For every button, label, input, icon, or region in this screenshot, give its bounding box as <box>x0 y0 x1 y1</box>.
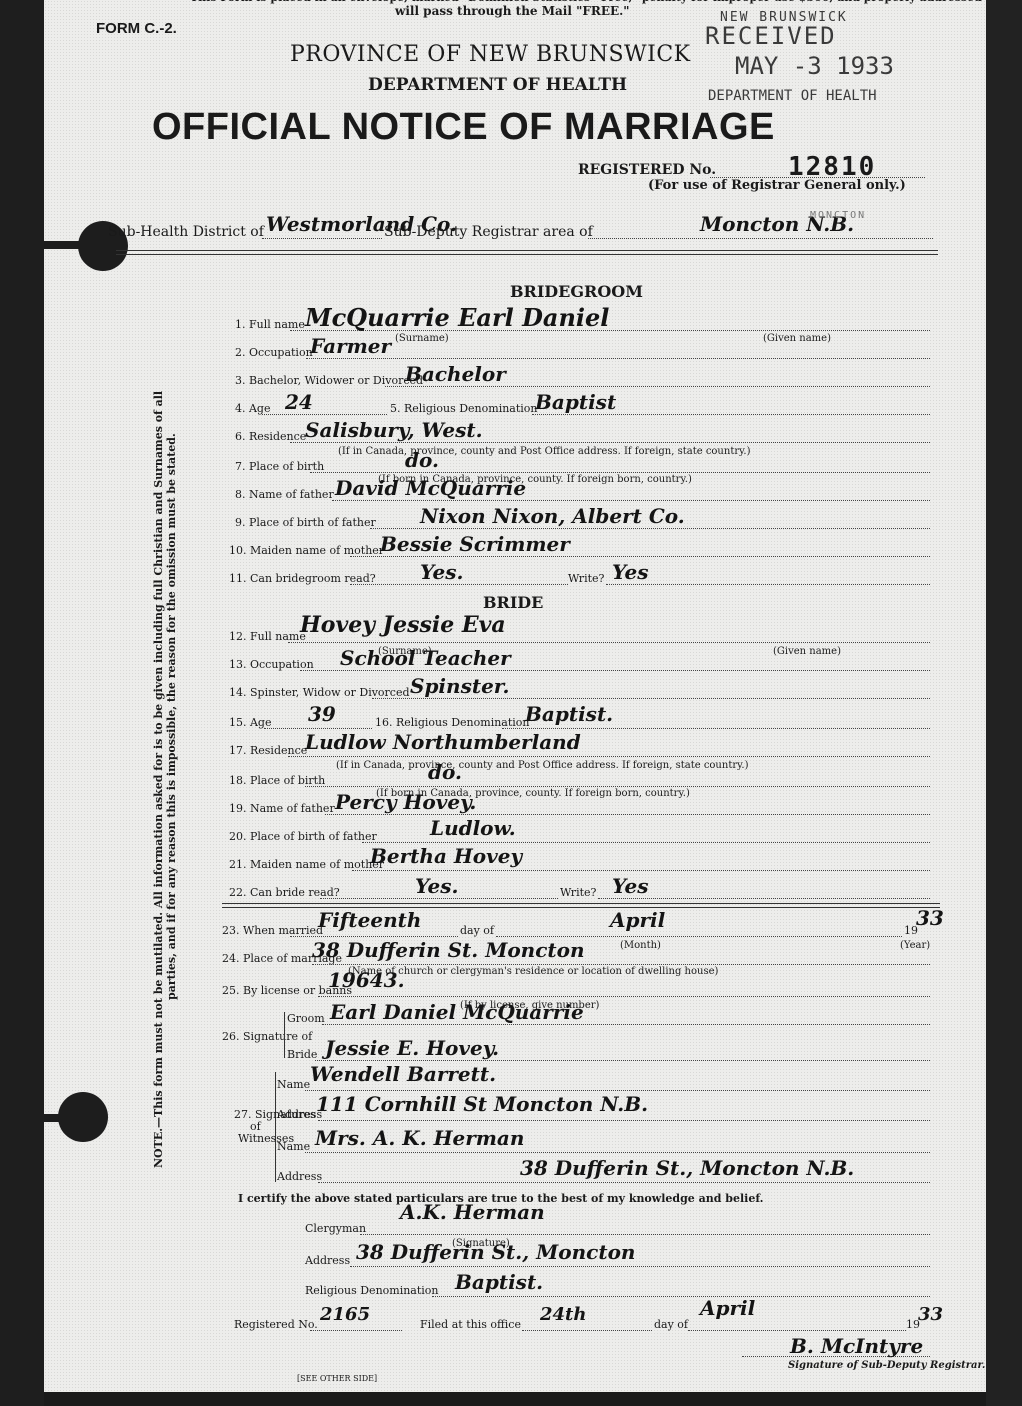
sub-deputy-label: Sub-Deputy Registrar area of <box>384 224 593 240</box>
bride-heading: BRIDE <box>483 593 543 612</box>
clergyman-label: Clergyman <box>305 1222 366 1235</box>
department-heading: DEPARTMENT OF HEALTH <box>368 75 627 95</box>
bride-religion-value: Baptist. <box>525 702 613 726</box>
side-note-line2: parties, and if for any reason this is i… <box>165 433 178 1000</box>
form-code: FORM C.-2. <box>96 20 177 37</box>
groom-father-birthplace-label: 9. Place of birth of father <box>235 516 376 529</box>
bride-occupation-value: School Teacher <box>340 646 511 670</box>
bride-residence-value: Ludlow Northumberland <box>305 730 581 754</box>
marriage-place-value: 38 Dufferin St. Moncton <box>312 938 585 962</box>
scan-border-bottom <box>44 1392 986 1406</box>
bride-father-value: Percy Hovey. <box>335 790 476 814</box>
bride-age-value: 39 <box>308 702 336 726</box>
groom-status-value: Bachelor <box>405 362 506 386</box>
bride-birthplace-value: do. <box>428 760 462 784</box>
clergyman-religion-label: Religious Denomination <box>305 1284 439 1297</box>
clergyman-address-label: Address <box>305 1254 350 1267</box>
see-other-side-note: [SEE OTHER SIDE] <box>297 1374 377 1383</box>
filed-day-value: 24th <box>540 1304 586 1325</box>
witness1-address-value: 111 Cornhill St Moncton N.B. <box>316 1092 648 1116</box>
bride-read-value: Yes. <box>415 874 459 898</box>
filed-month-value: April <box>700 1296 755 1320</box>
moncton-stamp: MONCTON <box>810 210 866 221</box>
bride-status-value: Spinster. <box>410 674 509 698</box>
bridegroom-heading: BRIDEGROOM <box>510 282 643 301</box>
clergyman-religion-value: Baptist. <box>455 1270 543 1294</box>
surname-hint: (Surname) <box>395 333 449 344</box>
province-heading: PROVINCE OF NEW BRUNSWICK <box>290 42 691 67</box>
binder-hole-bottom <box>58 1092 108 1142</box>
license-value: 19643. <box>328 968 405 992</box>
groom-mother-value: Bessie Scrimmer <box>380 532 570 556</box>
signature-of-label: 26. Signature of <box>222 1030 312 1043</box>
given-name-hint: (Given name) <box>763 333 831 344</box>
bride-father-label: 19. Name of father <box>229 802 335 815</box>
header-divider <box>116 250 938 255</box>
groom-religion-label: 5. Religious Denomination <box>390 402 538 415</box>
registered-no-footer-label: Registered No. <box>234 1318 318 1331</box>
witness2-address-label: Address <box>277 1170 322 1183</box>
registrar-signature: B. McIntyre <box>790 1334 923 1358</box>
filed-year-value: 33 <box>918 1304 943 1325</box>
registered-no-label: REGISTERED No. <box>578 162 716 178</box>
clergyman-signature: A.K. Herman <box>400 1200 545 1224</box>
registered-no-note: (For use of Registrar General only.) <box>648 178 906 193</box>
bride-mother-value: Bertha Hovey <box>370 844 522 868</box>
groom-signature-value: Earl Daniel McQuarrie <box>330 1000 584 1024</box>
groom-residence-value: Salisbury, West. <box>305 418 483 442</box>
groom-write-value: Yes <box>612 560 649 584</box>
bride-father-birthplace-label: 20. Place of birth of father <box>229 830 377 843</box>
groom-occupation-value: Farmer <box>310 334 391 358</box>
groom-read-value: Yes. <box>420 560 464 584</box>
side-note-line1: NOTE.—This form must not be mutilated. A… <box>152 391 165 1168</box>
bride-full-name-value: Hovey Jessie Eva <box>300 612 506 638</box>
stamp-received: RECEIVED <box>705 22 837 50</box>
bride-signature-value: Jessie E. Hovey. <box>325 1036 499 1060</box>
top-notice-line2: will pass through the Mail "FREE." <box>395 4 630 18</box>
witness1-name-value: Wendell Barrett. <box>310 1062 496 1086</box>
given-name-hint: (Given name) <box>773 646 841 657</box>
stamp-department: DEPARTMENT OF HEALTH <box>708 88 877 104</box>
residence-hint: (If in Canada, province, county and Post… <box>338 446 751 457</box>
groom-signature-label: Groom <box>287 1012 325 1025</box>
year-hint: (Year) <box>900 940 930 951</box>
document-title: OFFICIAL NOTICE OF MARRIAGE <box>152 106 775 149</box>
health-district-label: Sub-Health District of <box>108 224 264 240</box>
groom-father-label: 8. Name of father <box>235 488 334 501</box>
marriage-year-value: 33 <box>916 906 944 930</box>
bride-father-birthplace-value: Ludlow. <box>430 816 516 840</box>
groom-father-value: David McQuarrie <box>335 476 526 500</box>
stamp-date: MAY -3 1933 <box>735 52 894 80</box>
marriage-day-value: Fifteenth <box>318 908 421 932</box>
bride-write-value: Yes <box>612 874 649 898</box>
residence-hint: (If in Canada, province, county and Post… <box>336 760 749 771</box>
witness2-name-value: Mrs. A. K. Herman <box>315 1126 524 1150</box>
filed-label: Filed at this office <box>420 1318 521 1331</box>
day-of-label: day of <box>460 924 494 937</box>
groom-age-value: 24 <box>285 390 313 414</box>
registered-no-footer-value: 2165 <box>320 1304 370 1325</box>
bride-signature-label: Bride <box>287 1048 317 1061</box>
bride-write-label: Write? <box>560 886 596 899</box>
month-hint: (Month) <box>620 940 661 951</box>
registrar-hint: Signature of Sub-Deputy Registrar. <box>788 1360 985 1371</box>
groom-write-label: Write? <box>568 572 604 585</box>
scan-border-right <box>986 0 1022 1406</box>
groom-occupation-label: 2. Occupation <box>235 346 313 359</box>
groom-full-name-value: McQuarrie Earl Daniel <box>305 303 609 332</box>
marriage-month-value: April <box>610 908 665 932</box>
witness2-address-value: 38 Dufferin St., Moncton N.B. <box>520 1156 854 1180</box>
clergyman-address-value: 38 Dufferin St., Moncton <box>356 1240 635 1264</box>
groom-father-birthplace-value: Nixon Nixon, Albert Co. <box>420 504 685 528</box>
marriage-notice-document <box>44 0 986 1392</box>
groom-birthplace-value: do. <box>405 448 439 472</box>
filed-day-of-label: day of <box>654 1318 688 1331</box>
groom-religion-value: Baptist <box>535 390 616 414</box>
